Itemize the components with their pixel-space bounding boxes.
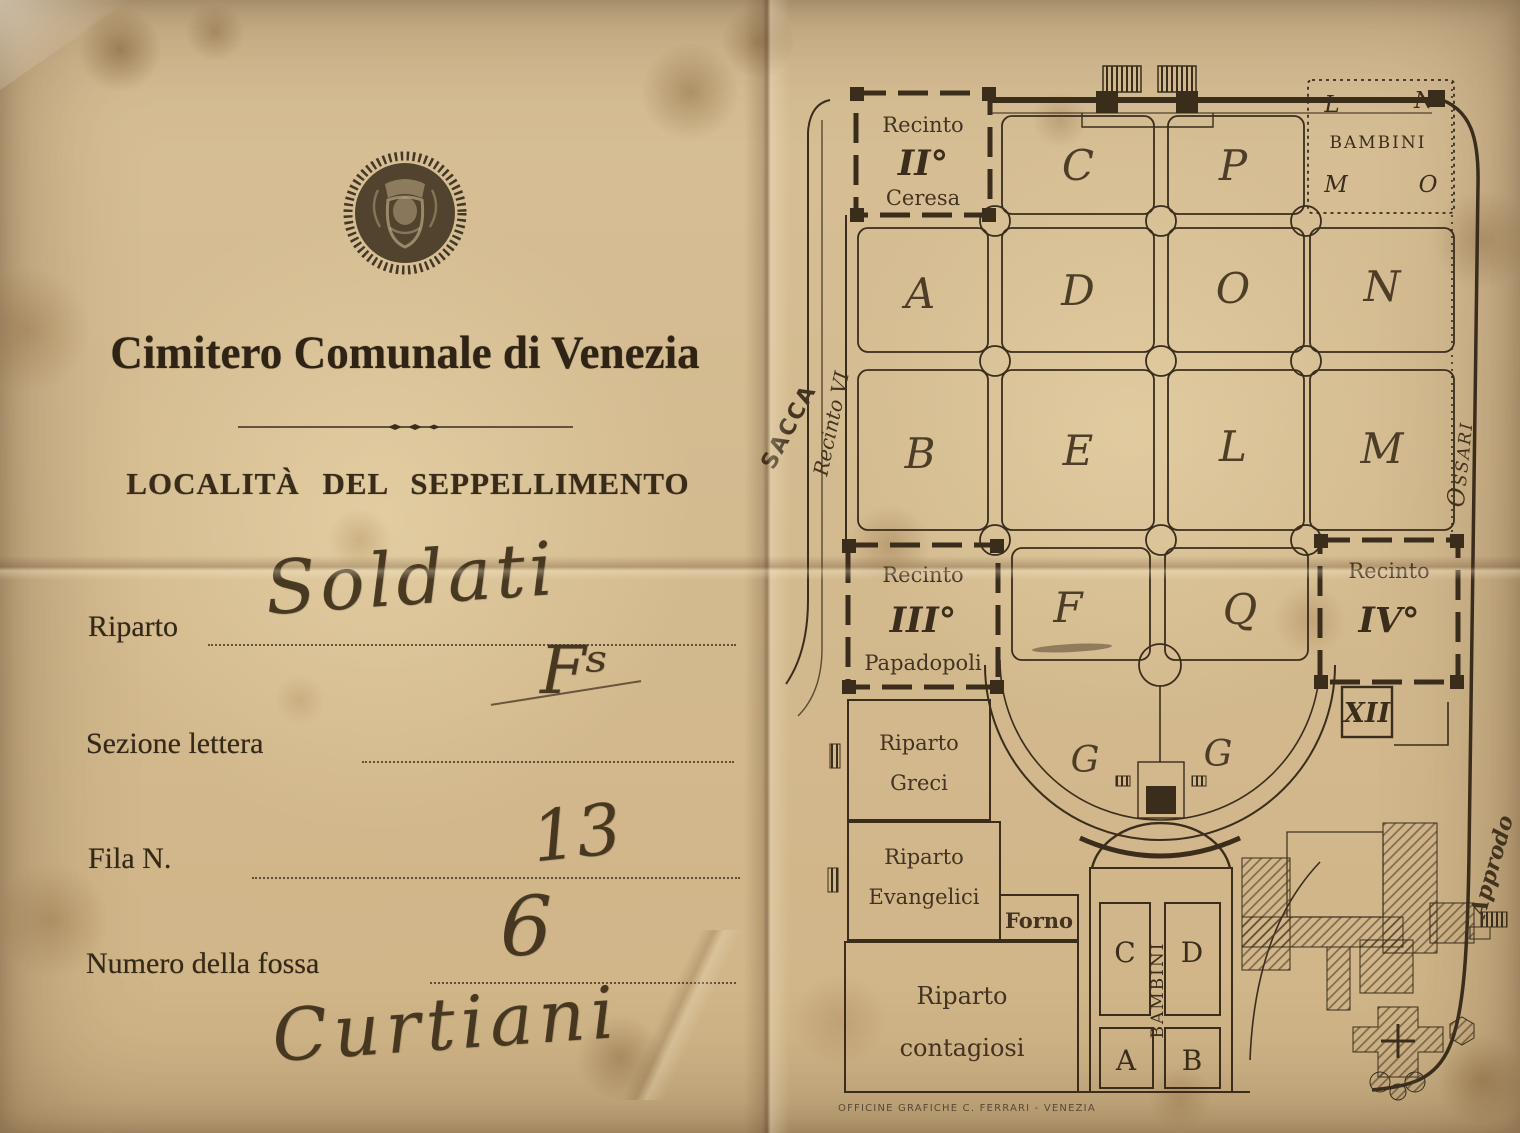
handwriting-sezione: Fˢ	[540, 632, 608, 709]
fila-label: Fila N.	[88, 842, 171, 876]
bambini-bottom-c: C	[1114, 936, 1135, 969]
fila-line	[252, 874, 740, 879]
bambini-bottom-label: BAMBINI	[1148, 942, 1168, 1039]
recinto2-line3: Ceresa	[886, 186, 960, 210]
greci-line1: Riparto	[879, 731, 959, 755]
handwriting-fila: 13	[528, 788, 625, 879]
fossa-label: Numero della fossa	[86, 947, 319, 981]
square-a: A	[901, 269, 935, 318]
contagiosi-line1: Riparto	[917, 982, 1008, 1010]
square-p: P	[1218, 141, 1248, 190]
evangelici-line2: Evangelici	[868, 885, 979, 909]
recinto2-line2: II°	[897, 143, 948, 184]
ink-smudge	[1032, 642, 1112, 654]
greci-line2: Greci	[890, 771, 948, 795]
bambini-bottom-b: B	[1182, 1044, 1203, 1077]
square-g-left: G	[1071, 740, 1100, 781]
square-q: Q	[1223, 585, 1257, 634]
square-f: F	[1052, 583, 1084, 632]
riparto-line	[208, 641, 736, 646]
square-e: E	[1062, 426, 1094, 475]
bambini-bottom-d: D	[1181, 936, 1203, 969]
forno-label: Forno	[1005, 908, 1073, 933]
bambini-top-m: M	[1323, 172, 1349, 198]
bambini-top-label: BAMBINI	[1330, 133, 1427, 153]
square-o: O	[1216, 264, 1250, 313]
diagonal-crease	[540, 930, 810, 1100]
section-heading: LOCALITÀ DEL SEPPELLIMENTO	[75, 466, 741, 502]
recinto2-line1: Recinto	[882, 113, 963, 137]
bambini-top-o: O	[1419, 172, 1438, 198]
square-g-right: G	[1204, 734, 1233, 775]
bambini-bottom-a: A	[1115, 1044, 1137, 1077]
evangelici-line1: Riparto	[884, 845, 964, 869]
recinto3-line3: Papadopoli	[864, 651, 982, 675]
corner-fold	[0, 0, 130, 90]
printer-credit: OFFICINE GRAFICHE C. FERRARI - VENEZIA	[838, 1103, 1096, 1114]
municipal-seal-icon	[340, 148, 470, 278]
scanned-burial-card: Cimitero Comunale di Venezia LOCALITÀ DE…	[0, 0, 1520, 1133]
sezione-line	[362, 758, 734, 763]
square-d: D	[1060, 266, 1095, 315]
square-m: M	[1359, 424, 1404, 473]
square-c: C	[1062, 141, 1094, 190]
map-semicircle	[985, 660, 1335, 868]
recinto3-line2: III°	[889, 600, 957, 641]
bambini-top-l: L	[1323, 92, 1339, 118]
recinto4-line2: IV°	[1357, 600, 1419, 641]
xii-label: XII	[1342, 698, 1392, 729]
riparto-label: Riparto	[88, 610, 178, 644]
sezione-label: Sezione lettera	[86, 727, 263, 761]
ornamental-divider	[238, 420, 573, 432]
bambini-top-n: N	[1413, 88, 1435, 114]
page-title: Cimitero Comunale di Venezia	[83, 326, 726, 380]
square-n: N	[1363, 262, 1402, 311]
contagiosi-line2: contagiosi	[900, 1034, 1025, 1062]
road-approdo: Approdo	[1465, 812, 1519, 921]
square-b: B	[904, 429, 936, 478]
road-recinto-vi: Recinto VI	[808, 368, 854, 479]
square-l: L	[1218, 422, 1247, 471]
horizontal-crease	[0, 556, 1520, 580]
